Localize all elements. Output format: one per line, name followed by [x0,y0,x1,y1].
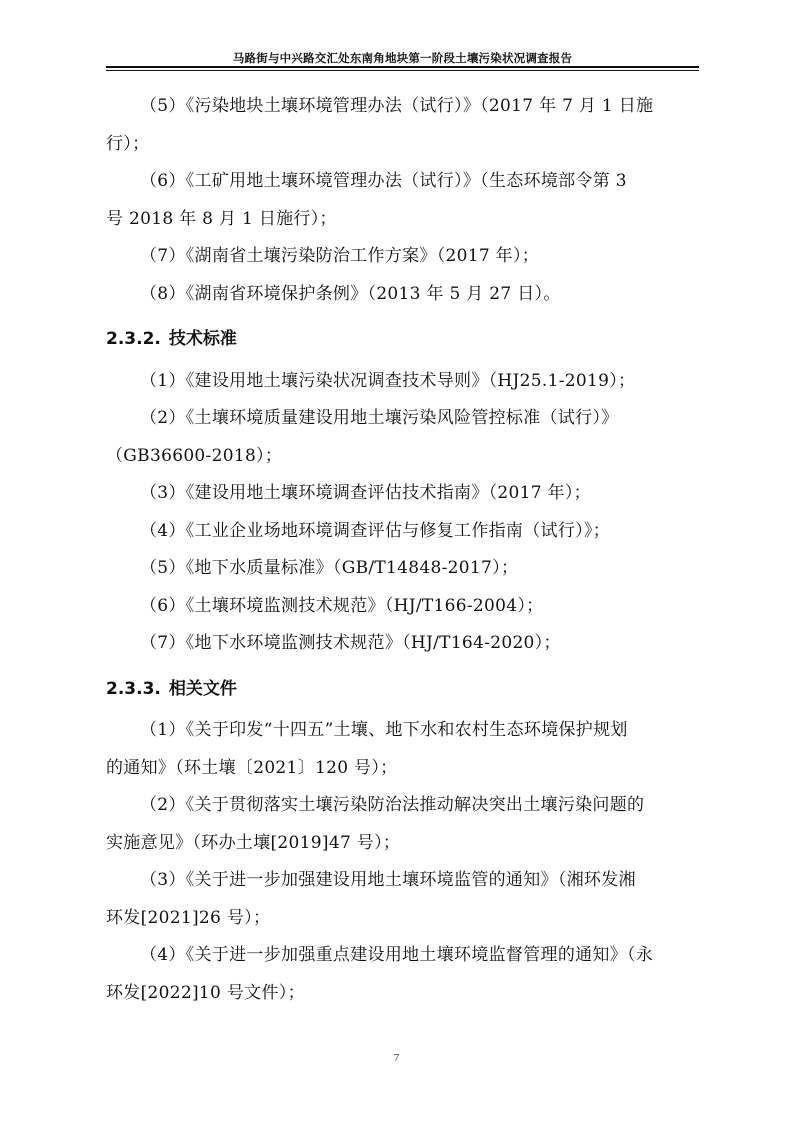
standard-item-1: （1）《建设用地土壤污染状况调查技术导则》（HJ25.1-2019）； [106,363,699,401]
document-item-1: （1）《关于印发“十四五”土壤、地下水和农村生态环境保护规划 [106,712,699,750]
page-number: 7 [0,1052,793,1064]
document-item-2: （2）《关于贯彻落实土壤污染防治法推动解决突出土壤污染问题的 [106,787,699,825]
standard-item-2: （2）《土壤环境质量建设用地土壤污染风险管控标准（试行）》 [106,400,699,438]
standard-item-5: （5）《地下水质量标准》（GB/T14848-2017）； [106,550,699,588]
document-item-4: （4）《关于进一步加强重点建设用地土壤环境监督管理的通知》（永 [106,937,699,975]
document-item-1-continued: 的通知》（环土壤〔2021〕120 号）； [106,750,699,788]
section-number: 2.3.2. [106,329,161,349]
regulation-item-5-continued: 行）； [106,126,699,164]
regulation-item-5: （5）《污染地块土壤环境管理办法（试行）》（2017 年 7 月 1 日施 [106,88,699,126]
header-rule-divider [106,66,699,71]
section-number: 2.3.3. [106,679,161,699]
document-item-4-continued: 环发[2022]10 号文件）； [106,975,699,1013]
standard-item-3: （3）《建设用地土壤环境调查评估技术指南》（2017 年）； [106,475,699,513]
section-heading-technical-standards: 2.3.2.技术标准 [106,321,699,359]
document-item-3: （3）《关于进一步加强建设用地土壤环境监管的通知》（湘环发湘 [106,862,699,900]
section-title: 技术标准 [169,329,237,349]
document-item-2-continued: 实施意见》（环办土壤[2019]47 号）； [106,825,699,863]
standard-item-4: （4）《工业企业场地环境调查评估与修复工作指南（试行）》； [106,513,699,551]
section-heading-related-documents: 2.3.3.相关文件 [106,671,699,709]
standard-item-2-continued: （GB36600-2018）； [106,438,699,476]
standard-item-6: （6）《土壤环境监测技术规范》（HJ/T166-2004）； [106,588,699,626]
regulation-item-8: （8）《湖南省环境保护条例》（2013 年 5 月 27 日）。 [106,276,699,314]
regulation-item-7: （7）《湖南省土壤污染防治工作方案》（2017 年）； [106,238,699,276]
document-body: （5）《污染地块土壤环境管理办法（试行）》（2017 年 7 月 1 日施 行）… [106,88,699,1012]
standard-item-7: （7）《地下水环境监测技术规范》（HJ/T164-2020）； [106,625,699,663]
regulation-item-6-continued: 号 2018 年 8 月 1 日施行）； [106,201,699,239]
page-header-title: 马路街与中兴路交汇处东南角地块第一阶段土壤污染状况调查报告 [106,50,699,66]
section-title: 相关文件 [169,679,237,699]
regulation-item-6: （6）《工矿用地土壤环境管理办法（试行）》（生态环境部令第 3 [106,163,699,201]
document-item-3-continued: 环发[2021]26 号）； [106,900,699,938]
